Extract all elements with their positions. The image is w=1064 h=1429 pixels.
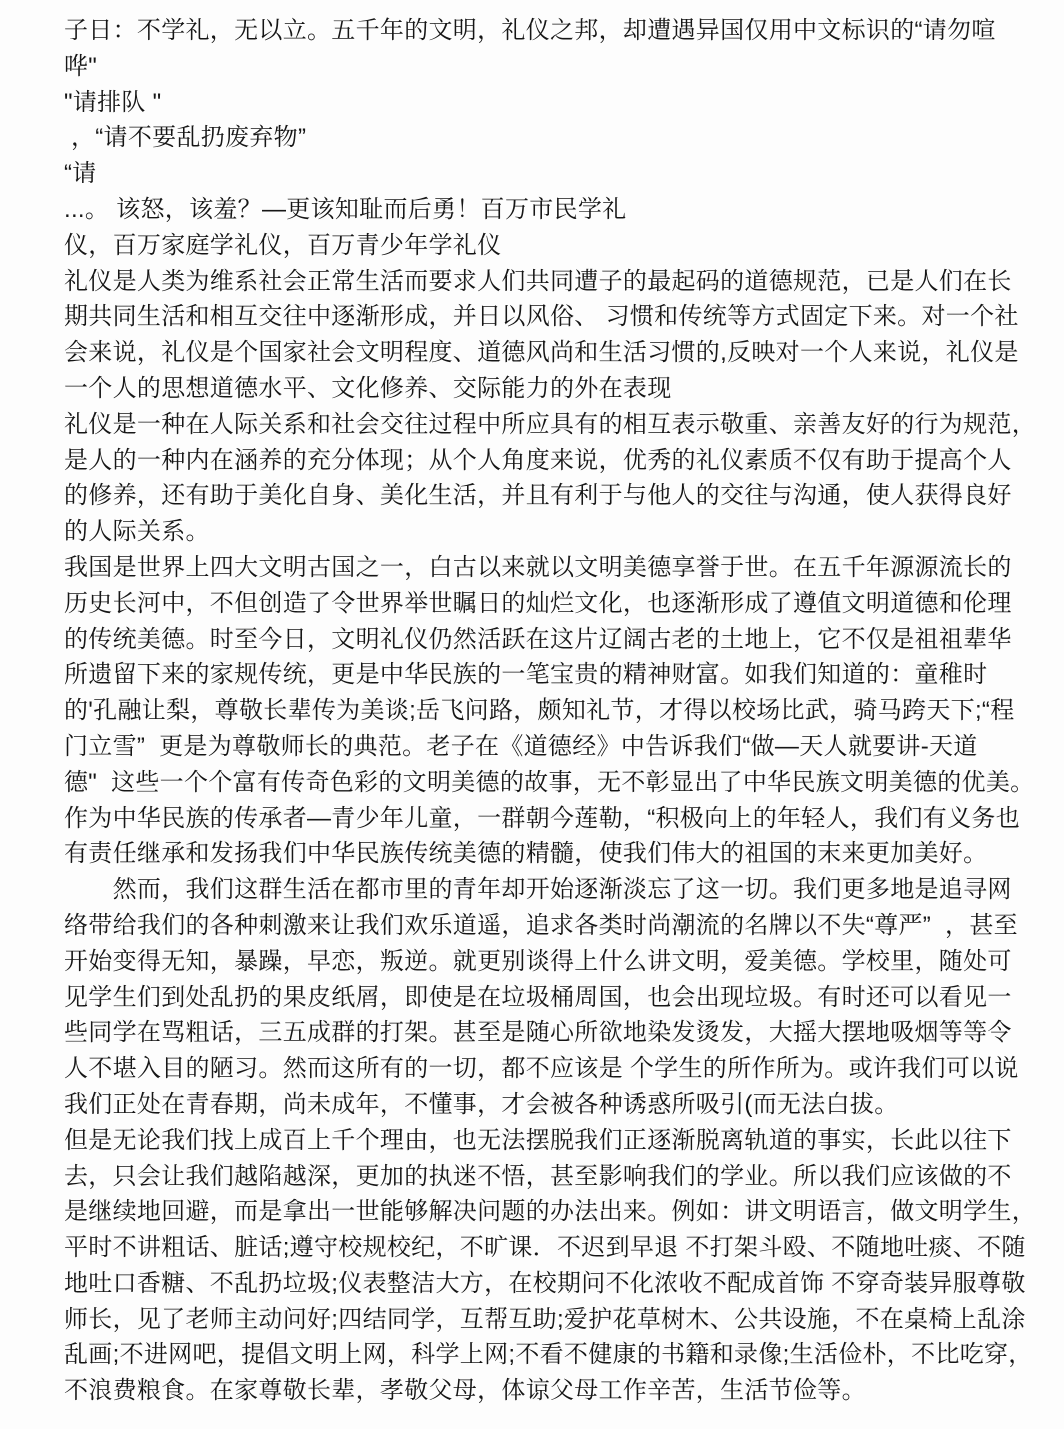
text-line: 一个人的思想道德水平、文化修养、交际能力的外在表现 [64, 371, 1008, 407]
text-line: 然而，我们这群生活在都市里的青年却开始逐渐淡忘了这一切。我们更多地是追寻网 [64, 872, 1008, 908]
text-line: 络带给我们的各种刺激来让我们欢乐道遥，追求各类时尚潮流的名牌以不失“尊严” ，甚… [64, 908, 1008, 944]
text-line: 我国是世界上四大文明古国之一，白古以来就以文明美德享誉于世。在五千年源源流长的 [64, 550, 1008, 586]
text-line: 历史长河中，不但创造了令世界举世瞩日的灿烂文化，也逐渐形成了遵值文明道德和伦理 [64, 586, 1008, 622]
text-line: 作为中华民族的传承者—青少年儿童，一群朝今莲勒，“积极向上的年轻人，我们有义务也 [64, 801, 1008, 837]
text-line: 开始变得无知，暴躁，早恋，叛逆。就更别谈得上什么讲文明，爱美德。学校里，随处可 [64, 944, 1008, 980]
text-line: 是人的一种内在涵养的充分体现；从个人角度来说，优秀的礼仪素质不仅有助于提高个人 [64, 443, 1008, 479]
text-line: 我们正处在青春期，尚未成年，不懂事，才会被各种诱惑所吸引(而无法白拔。 [64, 1087, 1008, 1123]
text-line: "请排队 " [64, 85, 1008, 121]
text-line: 不浪费粮食。在家尊敬长辈，孝敬父母，体谅父母工作辛苦，生活节俭等。 [64, 1373, 1008, 1409]
text-line: 礼仪是人类为维系社会正常生活而要求人们共同遭子的最起码的道德规范，已是人们在长 [64, 264, 1008, 300]
text-line: 些同学在骂粗话，三五成群的打架。甚至是随心所欲地染发烫发，大摇大摆地吸烟等等令 [64, 1015, 1008, 1051]
text-line: 平时不讲粗话、脏话;遵守校规校纪，不旷课．不迟到早退 不打架斗殴、不随地吐痰、不… [64, 1230, 1008, 1266]
text-line: 子日：不学礼，无以立。五千年的文明，礼仪之邦，却遭遇异国仅用中文标识的“请勿喧 [64, 13, 1008, 49]
text-line: 见学生们到处乱扔的果皮纸屑，即使是在垃圾桶周国，也会出现垃圾。有时还可以看见一 [64, 980, 1008, 1016]
text-line: ...。 该怒，该羞？—更该知耻而后勇！百万市民学礼 [64, 192, 1008, 228]
text-line: 乱画;不进网吧，提倡文明上网，科学上网;不看不健康的书籍和录像;生活俭朴，不比吃… [64, 1337, 1008, 1373]
essay-body: 子日：不学礼，无以立。五千年的文明，礼仪之邦，却遭遇异国仅用中文标识的“请勿喧哗… [64, 13, 1008, 1409]
text-line: 仪，百万家庭学礼仪，百万青少年学礼仪 [64, 228, 1008, 264]
text-line: 的'孔融让梨，尊敬长辈传为美谈;岳飞问路，颇知礼节，才得以校场比武，骑马跨天下;… [64, 693, 1008, 729]
text-line: 师长，见了老师主动问好;四结同学，互帮互助;爱护花草树木、公共设施，不在桌椅上乱… [64, 1302, 1008, 1338]
text-line: 的人际关系。 [64, 514, 1008, 550]
text-line: 哗" [64, 49, 1008, 85]
text-line: 的传统美德。时至今日，文明礼仪仍然活跃在这片辽阔古老的土地上，它不仅是祖祖辈华 [64, 622, 1008, 658]
text-line: 去，只会让我们越陷越深，更加的执迷不悟，甚至影响我们的学业。所以我们应该做的不 [64, 1159, 1008, 1195]
text-line: 的修养，还有助于美化自身、美化生活，并且有利于与他人的交往与沟通，使人获得良好 [64, 478, 1008, 514]
document-page: 子日：不学礼，无以立。五千年的文明，礼仪之邦，却遭遇异国仅用中文标识的“请勿喧哗… [0, 0, 1064, 1429]
text-line: 会来说，礼仪是个国家社会文明程度、道德风尚和生活习惯的,反映对一个人来说，礼仪是 [64, 335, 1008, 371]
text-line: ，“请不要乱扔废弃物” [64, 120, 1008, 156]
text-line: “请 [64, 156, 1008, 192]
text-line: 有责任继承和发扬我们中华民族传统美德的精髓，使我们伟大的祖国的末来更加美好。 [64, 836, 1008, 872]
text-line: 是继续地回避，而是拿出一世能够解决问题的办法出来。例如：讲文明语言，做文明学生， [64, 1194, 1008, 1230]
text-line: 礼仪是一种在人际关系和社会交往过程中所应具有的相互表示敬重、亲善友好的行为规范， [64, 407, 1008, 443]
text-line: 所遗留下来的家规传统，更是中华民族的一笔宝贵的精神财富。如我们知道的：童稚时 [64, 657, 1008, 693]
text-line: 地吐口香糖、不乱扔垃圾;仪表整洁大方，在校期问不化浓收不配成首饰 不穿奇装异服尊… [64, 1266, 1008, 1302]
text-line: 人不堪入目的陋习。然而这所有的一切，都不应该是 个学生的所作所为。或许我们可以说 [64, 1051, 1008, 1087]
text-line: 德" 这些一个个富有传奇色彩的文明美德的故事，无不彰显出了中华民族文明美德的优美… [64, 765, 1008, 801]
text-line: 期共同生活和相互交往中逐渐形成，并日以风俗、 习惯和传统等方式固定下来。对一个社 [64, 299, 1008, 335]
text-line: 但是无论我们找上成百上千个理由，也无法摆脱我们正逐渐脱离轨道的事实，长此以往下 [64, 1123, 1008, 1159]
text-line: 门立雪” 更是为尊敬师长的典范。老子在《道德经》中告诉我们“做—天人就要讲-天道 [64, 729, 1008, 765]
